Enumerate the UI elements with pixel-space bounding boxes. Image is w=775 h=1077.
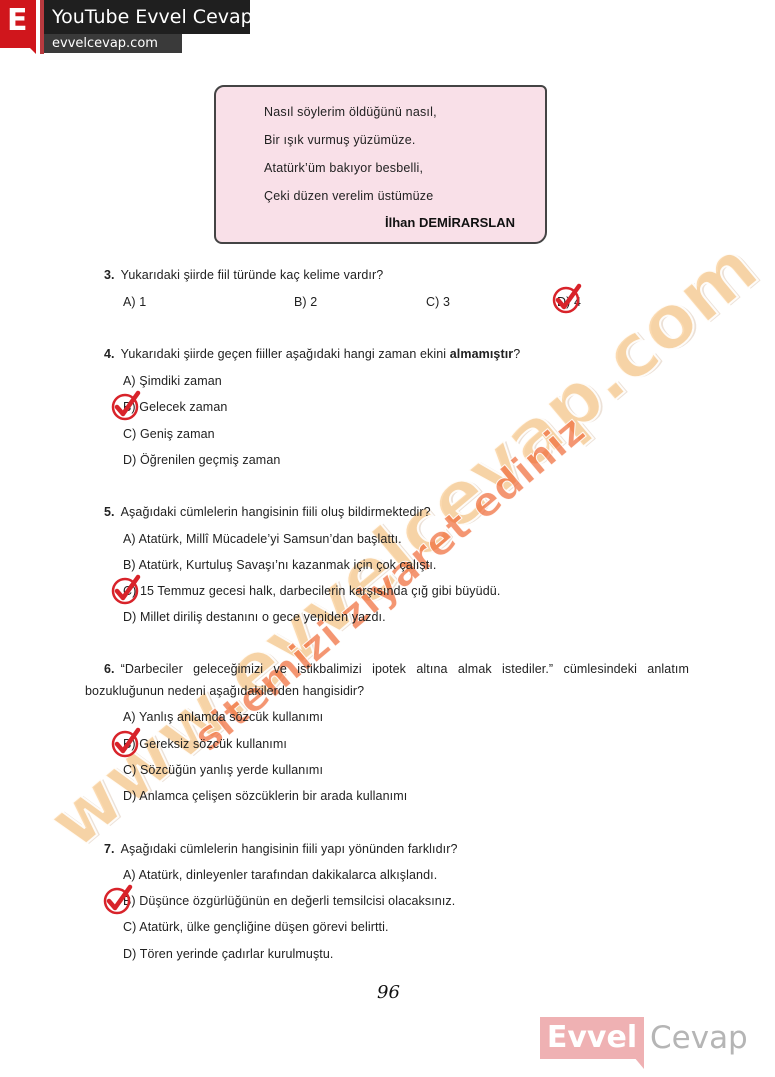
option-b[interactable]: B) Atatürk, Kurtuluş Savaşı’nı kazanmak … <box>123 558 436 572</box>
option-a[interactable]: A) Atatürk, Millî Mücadele’yi Samsun’dan… <box>123 532 402 546</box>
option-b[interactable]: B) Gelecek zaman <box>123 400 227 414</box>
question-7: 7.Aşağıdaki cümlelerin hangisinin fiili … <box>104 842 458 856</box>
option-a[interactable]: A) Yanlış anlamda sözcük kullanımı <box>123 710 323 724</box>
question-4: 4.Yukarıdaki şiirde geçen fiiller aşağıd… <box>104 347 520 361</box>
brand-logo-letter: E <box>7 3 28 38</box>
question-text: Yukarıdaki şiirde fiil türünde kaç kelim… <box>121 268 384 282</box>
option-a[interactable]: A) Atatürk, dinleyenler tarafından dakik… <box>123 868 437 882</box>
option-a[interactable]: A) Şimdiki zaman <box>123 374 222 388</box>
option-d[interactable]: D) Öğrenilen geçmiş zaman <box>123 453 280 467</box>
poem-box: Nasıl söylerim öldüğünü nasıl, Bir ışık … <box>214 85 547 244</box>
question-number: 3. <box>104 268 115 282</box>
question-3: 3.Yukarıdaki şiirde fiil türünde kaç kel… <box>104 268 383 282</box>
question-6: 6.“Darbeciler geleceğimizi ve istikbalim… <box>104 662 689 676</box>
option-d[interactable]: D) Millet diriliş destanını o gece yenid… <box>123 610 386 624</box>
option-c[interactable]: C) 3 <box>426 295 450 309</box>
page-number: 96 <box>377 982 400 1003</box>
option-b[interactable]: B) 2 <box>294 295 317 309</box>
question-number: 6. <box>104 662 115 676</box>
poem-line: Çeki düzen verelim üstümüze <box>264 189 433 203</box>
option-c[interactable]: C) 15 Temmuz gecesi halk, darbecilerin k… <box>123 584 500 598</box>
question-5: 5.Aşağıdaki cümlelerin hangisinin fiili … <box>104 505 431 519</box>
option-d[interactable]: D) Anlamca çelişen sözcüklerin bir arada… <box>123 789 407 803</box>
option-a[interactable]: A) 1 <box>123 295 146 309</box>
footer-brand-left: Evvel <box>540 1017 644 1059</box>
option-b[interactable]: B) Düşünce özgürlüğünün en değerli temsi… <box>123 894 455 908</box>
option-b[interactable]: B) Gereksiz sözcük kullanımı <box>123 737 287 751</box>
option-d[interactable]: D) Tören yerinde çadırlar kurulmuştu. <box>123 947 334 961</box>
question-number: 5. <box>104 505 115 519</box>
question-text: Aşağıdaki cümlelerin hangisinin fiili ol… <box>121 505 431 519</box>
poem-line: Atatürk’üm bakıyor besbelli, <box>264 161 423 175</box>
option-c[interactable]: C) Geniş zaman <box>123 427 215 441</box>
brand-url: evvelcevap.com <box>44 34 182 53</box>
question-text: Aşağıdaki cümlelerin hangisinin fiili ya… <box>121 842 458 856</box>
question-text-end: ? <box>513 347 520 361</box>
option-c[interactable]: C) Atatürk, ülke gençliğine düşen görevi… <box>123 920 389 934</box>
poem-line: Nasıl söylerim öldüğünü nasıl, <box>264 105 437 119</box>
question-emphasis: almamıştır <box>450 347 514 361</box>
poem-author: İlhan DEMİRARSLAN <box>385 215 515 230</box>
poem-line: Bir ışık vurmuş yüzümüze. <box>264 133 416 147</box>
footer-brand-right: Cevap <box>650 1017 748 1059</box>
question-text: Yukarıdaki şiirde geçen fiiller aşağıdak… <box>121 347 450 361</box>
brand-logo-badge: E <box>0 0 36 48</box>
question-6-line-2: bozukluğunun nedeni aşağıdakilerden hang… <box>85 684 364 698</box>
question-text: “Darbeciler geleceğimizi ve istikbalimiz… <box>121 662 689 676</box>
question-number: 7. <box>104 842 115 856</box>
question-number: 4. <box>104 347 115 361</box>
option-c[interactable]: C) Sözcüğün yanlış yerde kullanımı <box>123 763 323 777</box>
brand-title: YouTube Evvel Cevap <box>44 0 250 34</box>
option-d[interactable]: D) 4 <box>557 295 581 309</box>
